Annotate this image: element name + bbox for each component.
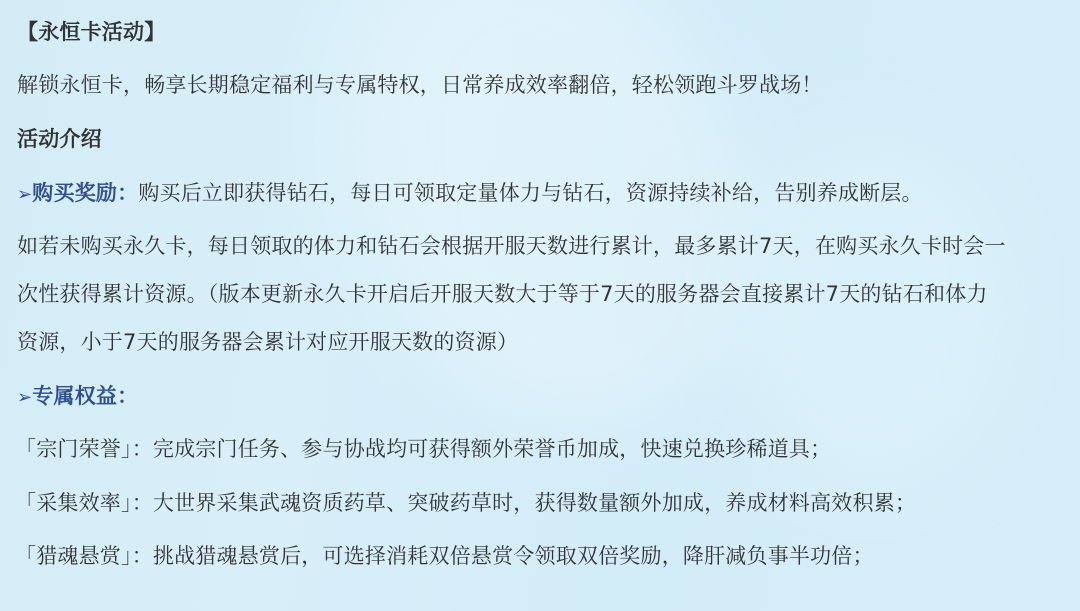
exclusive-benefits-heading: ➢专属权益：: [17, 382, 138, 412]
benefit-item: 「宗门荣誉」：完成宗门任务、参与协战均可获得额外荣誉币加成，快速兑换珍稀道具；: [15, 435, 831, 463]
benefit-text: 大世界采集武魂资质药草、突破药草时，获得数量额外加成，养成材料高效积累；: [153, 491, 916, 515]
label-colon: ：: [117, 181, 138, 205]
benefit-name: 「宗门荣誉」: [15, 437, 132, 461]
benefit-sep: ：: [132, 544, 153, 568]
benefit-text: 完成宗门任务、参与协战均可获得额外荣誉币加成，快速兑换珍稀道具；: [153, 437, 831, 461]
arrow-bullet-icon: ➢: [17, 184, 32, 205]
accumulation-note-line: 如若未购买永久卡，每日领取的体力和钻石会根据开服天数进行累计，最多累计7天，在购…: [17, 232, 1006, 260]
purchase-reward-text: 购买后立即获得钻石，每日可领取定量体力与钻石，资源持续补给，告别养成断层。: [138, 181, 922, 205]
purchase-reward-paragraph: ➢购买奖励：购买后立即获得钻石，每日可领取定量体力与钻石，资源持续补给，告别养成…: [17, 179, 923, 209]
accumulation-note-line: 资源，小于7天的服务器会累计对应开服天数的资源）: [17, 328, 518, 356]
exclusive-benefits-label: 专属权益: [32, 384, 117, 408]
purchase-reward-label: 购买奖励: [32, 181, 117, 205]
benefit-name: 「猎魂悬赏」: [15, 544, 132, 568]
benefit-item: 「采集效率」：大世界采集武魂资质药草、突破药草时，获得数量额外加成，养成材料高效…: [15, 489, 916, 517]
benefit-name: 「采集效率」: [15, 491, 132, 515]
benefit-sep: ：: [132, 437, 153, 461]
arrow-bullet-icon: ➢: [17, 387, 32, 408]
benefit-text: 挑战猎魂悬赏后，可选择消耗双倍悬赏令领取双倍奖励，降肝减负事半功倍；: [153, 544, 874, 568]
label-colon: ：: [117, 384, 138, 408]
section-heading: 活动介绍: [17, 125, 102, 153]
benefit-item: 「猎魂悬赏」：挑战猎魂悬赏后，可选择消耗双倍悬赏令领取双倍奖励，降肝减负事半功倍…: [15, 542, 874, 570]
accumulation-note-line: 次性获得累计资源。（版本更新永久卡开启后开服天数大于等于7天的服务器会直接累计7…: [17, 280, 988, 308]
intro-paragraph: 解锁永恒卡，畅享长期稳定福利与专属特权，日常养成效率翻倍，轻松领跑斗罗战场！: [17, 71, 823, 99]
page-title: 【永恒卡活动】: [17, 18, 165, 46]
benefit-sep: ：: [132, 491, 153, 515]
